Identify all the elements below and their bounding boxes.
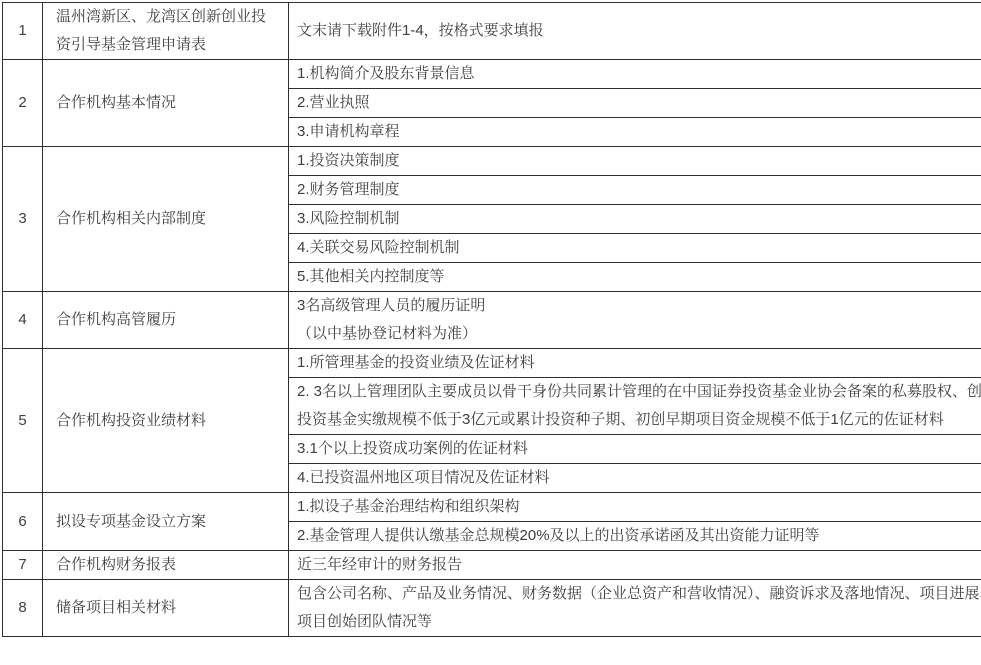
detail-cell: 包含公司名称、产品及业务情况、财务数据（企业总资产和营收情况）、融资诉求及落地情… — [289, 580, 981, 637]
table-row: 2 合作机构基本情况 1.机构简介及股东背景信息 — [3, 60, 981, 89]
category-cell: 合作机构财务报表 — [43, 551, 289, 580]
row-number-cell: 2 — [3, 60, 43, 147]
detail-cell: 4.已投资温州地区项目情况及佐证材料 — [289, 464, 981, 493]
detail-cell: 1.拟设子基金治理结构和组织架构 — [289, 493, 981, 522]
detail-cell: 2.基金管理人提供认缴基金总规模20%及以上的出资承诺函及其出资能力证明等 — [289, 522, 981, 551]
table-row: 6 拟设专项基金设立方案 1.拟设子基金治理结构和组织架构 — [3, 493, 981, 522]
detail-cell: 5.其他相关内控制度等 — [289, 263, 981, 292]
application-materials-table: 1 温州湾新区、龙湾区创新创业投资引导基金管理申请表 文末请下载附件1-4，按格… — [2, 2, 981, 637]
category-cell: 合作机构投资业绩材料 — [43, 349, 289, 493]
detail-cell: 4.关联交易风险控制机制 — [289, 234, 981, 263]
table-row: 4 合作机构高管履历 3名高级管理人员的履历证明 （以中基协登记材料为准） — [3, 292, 981, 349]
table-row: 5 合作机构投资业绩材料 1.所管理基金的投资业绩及佐证材料 — [3, 349, 981, 378]
row-number-cell: 1 — [3, 3, 43, 60]
table-row: 8 储备项目相关材料 包含公司名称、产品及业务情况、财务数据（企业总资产和营收情… — [3, 580, 981, 637]
table-row: 3 合作机构相关内部制度 1.投资决策制度 — [3, 147, 981, 176]
detail-cell: 3.风险控制机制 — [289, 205, 981, 234]
row-number-cell: 8 — [3, 580, 43, 637]
detail-cell: 文末请下载附件1-4，按格式要求填报 — [289, 3, 981, 60]
row-number-cell: 6 — [3, 493, 43, 551]
row-number-cell: 3 — [3, 147, 43, 292]
detail-cell: 1.投资决策制度 — [289, 147, 981, 176]
detail-cell: 近三年经审计的财务报告 — [289, 551, 981, 580]
category-cell: 储备项目相关材料 — [43, 580, 289, 637]
category-cell: 合作机构基本情况 — [43, 60, 289, 147]
category-cell: 合作机构高管履历 — [43, 292, 289, 349]
category-cell: 合作机构相关内部制度 — [43, 147, 289, 292]
category-cell: 拟设专项基金设立方案 — [43, 493, 289, 551]
table-row: 7 合作机构财务报表 近三年经审计的财务报告 — [3, 551, 981, 580]
row-number-cell: 7 — [3, 551, 43, 580]
detail-cell: 1.机构简介及股东背景信息 — [289, 60, 981, 89]
detail-cell: 3.申请机构章程 — [289, 118, 981, 147]
detail-cell: 1.所管理基金的投资业绩及佐证材料 — [289, 349, 981, 378]
detail-cell: 2.财务管理制度 — [289, 176, 981, 205]
row-number-cell: 5 — [3, 349, 43, 493]
category-cell: 温州湾新区、龙湾区创新创业投资引导基金管理申请表 — [43, 3, 289, 60]
detail-cell: 3名高级管理人员的履历证明 （以中基协登记材料为准） — [289, 292, 981, 349]
detail-cell: 2.营业执照 — [289, 89, 981, 118]
detail-cell: 2. 3名以上管理团队主要成员以骨干身份共同累计管理的在中国证券投资基金业协会备… — [289, 378, 981, 435]
table-row: 1 温州湾新区、龙湾区创新创业投资引导基金管理申请表 文末请下载附件1-4，按格… — [3, 3, 981, 60]
detail-cell: 3.1个以上投资成功案例的佐证材料 — [289, 435, 981, 464]
row-number-cell: 4 — [3, 292, 43, 349]
